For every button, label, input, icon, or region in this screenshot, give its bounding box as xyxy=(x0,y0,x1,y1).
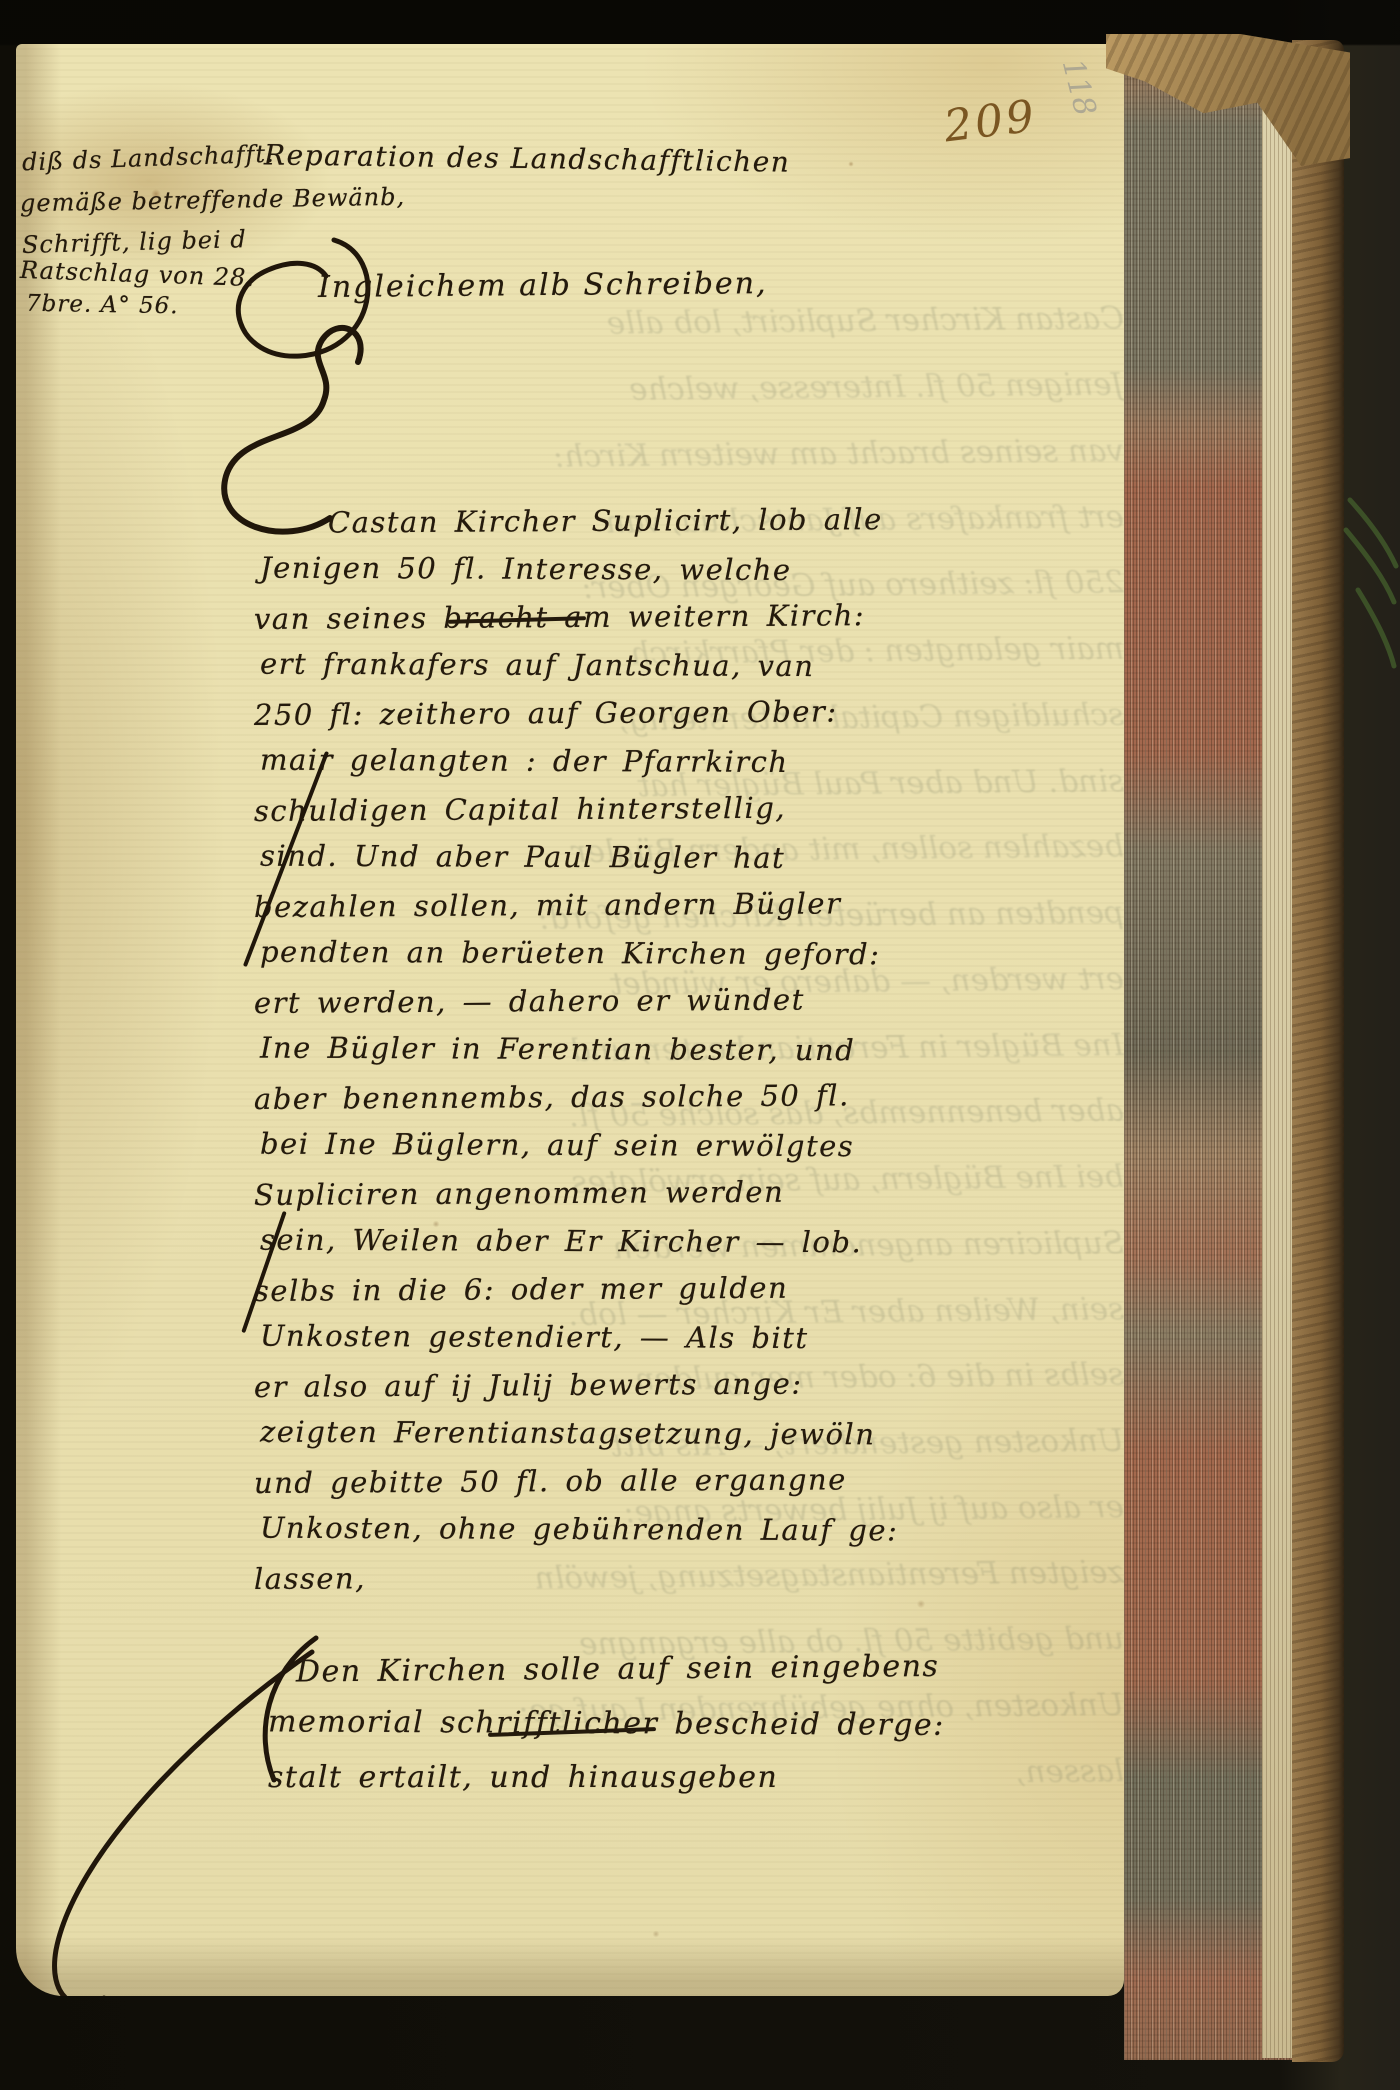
manuscript-line: er also auf ij Julij bewerts ange: xyxy=(254,1366,894,1418)
manuscript-line: Supliciren angenommen werden xyxy=(254,1174,894,1226)
manuscript-line: Jenigen 50 fl. Interesse, welche xyxy=(260,551,894,602)
manuscript-line: aber benennembs, das solche 50 fl. xyxy=(254,1078,894,1130)
body-text: Castan Kircher Suplicirt, lob alle Jenig… xyxy=(254,504,894,1608)
manuscript-line: Den Kirchen solle auf sein eingebens xyxy=(268,1649,908,1709)
outer-pages-strip xyxy=(1262,48,1292,2058)
manuscript-line: zeigten Ferentianstagsetzung, jewöln xyxy=(260,1415,894,1466)
heading-line: Ingleichem alb Schreiben, xyxy=(318,266,768,305)
manuscript-line: lassen, xyxy=(254,1558,894,1610)
cover-edge-strip xyxy=(1292,40,1344,2062)
manuscript-line: ert frankafers auf Jantschua, van xyxy=(260,647,894,698)
manuscript-line: und gebitte 50 fl. ob alle ergangne xyxy=(254,1462,894,1514)
manuscript-line: 250 fl: zeithero auf Georgen Ober: xyxy=(254,694,894,746)
manuscript-page: Castan Kircher Suplicirt, lob alleJenige… xyxy=(16,44,1124,1996)
manuscript-line: bei Ine Büglern, auf sein erwölgtes xyxy=(260,1127,894,1178)
manuscript-line: Castan Kircher Suplicirt, lob alle xyxy=(254,502,894,554)
manuscript-line: selbs in die 6: oder mer gulden xyxy=(254,1270,894,1322)
margin-note-line: Schrifft, lig bei d xyxy=(22,225,247,259)
manuscript-line: stalt ertailt, und hinausgeben xyxy=(268,1760,908,1814)
manuscript-line: bezahlen sollen, mit andern Bügler xyxy=(254,886,894,938)
photo-backdrop: Castan Kircher Suplicirt, lob alleJenige… xyxy=(0,0,1400,2090)
manuscript-line: Unkosten gestendiert, — Als bitt xyxy=(260,1319,894,1370)
manuscript-line: Ine Bügler in Ferentian bester, und xyxy=(260,1031,894,1082)
bookmark-thread xyxy=(1336,470,1400,690)
manuscript-line: schuldigen Capital hinterstellig, xyxy=(254,790,894,842)
manuscript-line: sein, Weilen aber Er Kircher — lob. xyxy=(260,1223,894,1274)
manuscript-line: pendten an berüeten Kirchen geford: xyxy=(260,935,894,986)
manuscript-line: sind. Und aber Paul Bügler hat xyxy=(260,839,894,890)
manuscript-line: ert werden, — dahero er wündet xyxy=(254,982,894,1034)
manuscript-line: Unkosten, ohne gebührenden Lauf ge: xyxy=(260,1511,894,1562)
manuscript-line: van seines bracht am weitern Kirch: xyxy=(254,598,894,650)
manuscript-line: mair gelangten : der Pfarrkirch xyxy=(260,743,894,794)
margin-note-line: 7bre. A° 56. xyxy=(26,291,179,320)
